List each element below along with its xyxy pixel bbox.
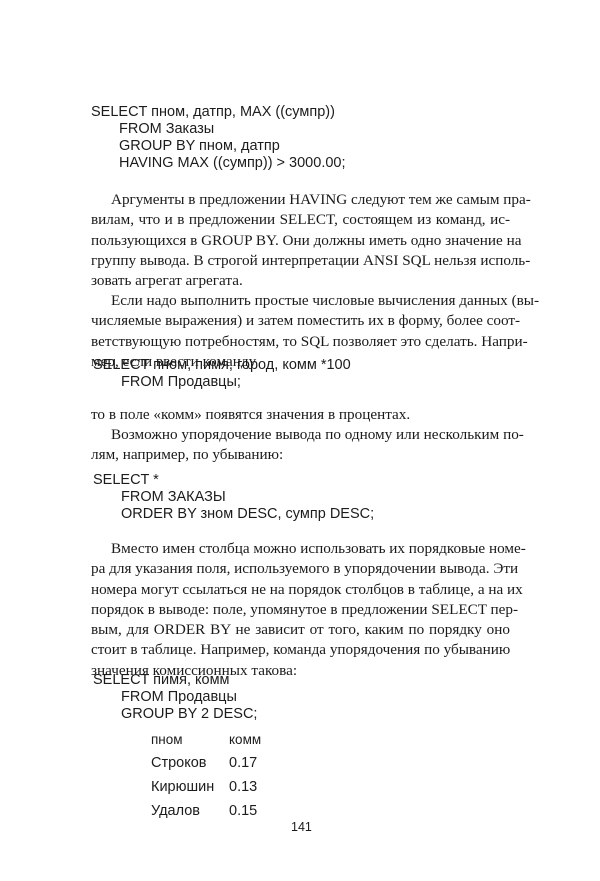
code-block-having: SELECT пном, датпр, MAX ((сумпр)) FROM З… [91, 104, 346, 172]
code-line: FROM Продавцы [93, 689, 257, 706]
code-line: ORDER BY зном DESC, сумпр DESC; [93, 506, 374, 523]
code-line: SELECT пном, пимя, город, комм *100 [93, 357, 351, 374]
paragraph-column-numbers: Вместо имен столбца можно использовать и… [91, 539, 510, 681]
table-cell: 0.15 [229, 803, 257, 819]
table-row: Кирюшин 0.13 [151, 775, 261, 799]
column-header: пном [151, 732, 229, 747]
column-header: комм [229, 732, 261, 747]
page-number: 141 [291, 820, 312, 834]
table-cell: Удалов [151, 803, 229, 819]
code-line: FROM ЗАКАЗЫ [93, 489, 374, 506]
code-line: GROUP BY пном, датпр [91, 138, 346, 155]
code-line: HAVING MAX ((сумпр)) > 3000.00; [91, 155, 346, 172]
text-line: вым, для ORDER BY не зависит от того, ка… [91, 620, 510, 640]
book-page: SELECT пном, датпр, MAX ((сумпр)) FROM З… [0, 0, 600, 881]
text-line: ра для указания поля, используемого в уп… [91, 559, 510, 579]
code-line: GROUP BY 2 DESC; [93, 706, 257, 723]
table-row: Строков 0.17 [151, 751, 261, 775]
text-line: пользующихся в GROUP BY. Они должны имет… [91, 231, 510, 251]
text-line: Если надо выполнить простые числовые выч… [91, 291, 510, 311]
table-cell: Строков [151, 755, 229, 771]
text-line: ветствующую потребностям, то SQL позволя… [91, 332, 510, 352]
paragraph-percent-result: то в поле «комм» появятся значения в про… [91, 405, 510, 425]
code-line: SELECT пимя, комм [93, 672, 257, 689]
result-table: пном комм Строков 0.17 Кирюшин 0.13 Удал… [151, 727, 261, 823]
code-block-order-by: SELECT * FROM ЗАКАЗЫ ORDER BY зном DESC,… [93, 472, 374, 523]
table-cell: Кирюшин [151, 779, 229, 795]
table-cell: 0.13 [229, 779, 257, 795]
text-line: группу вывода. В строгой интерпретации A… [91, 251, 510, 271]
code-line: SELECT пном, датпр, MAX ((сумпр)) [91, 104, 346, 121]
code-block-group-by-desc: SELECT пимя, комм FROM Продавцы GROUP BY… [93, 672, 257, 723]
code-block-percent: SELECT пном, пимя, город, комм *100 FROM… [93, 357, 351, 391]
paragraph-ordering: Возможно упорядочение вывода по одному и… [91, 425, 510, 466]
text-line: Вместо имен столбца можно использовать и… [91, 539, 510, 559]
text-line: зовать агрегат агрегата. [91, 271, 510, 291]
code-line: FROM Заказы [91, 121, 346, 138]
text-line: вилам, что и в предложении SELECT, состо… [91, 210, 510, 230]
text-line: то в поле «комм» появятся значения в про… [91, 405, 510, 425]
text-line: Аргументы в предложении HAVING следуют т… [91, 190, 510, 210]
table-row: Удалов 0.15 [151, 799, 261, 823]
text-line: стоит в таблице. Например, команда упоря… [91, 640, 510, 660]
text-line: номера могут ссылаться не на порядок сто… [91, 580, 510, 600]
paragraph-having-arguments: Аргументы в предложении HAVING следуют т… [91, 190, 510, 291]
text-line: числяемые выражения) и затем поместить и… [91, 311, 510, 331]
text-line: Возможно упорядочение вывода по одному и… [91, 425, 510, 445]
text-line: порядок в выводе: поле, упомянутое в пре… [91, 600, 510, 620]
text-line: лям, например, по убыванию: [91, 445, 510, 465]
code-line: SELECT * [93, 472, 374, 489]
table-cell: 0.17 [229, 755, 257, 771]
result-header-row: пном комм [151, 727, 261, 751]
code-line: FROM Продавцы; [93, 374, 351, 391]
